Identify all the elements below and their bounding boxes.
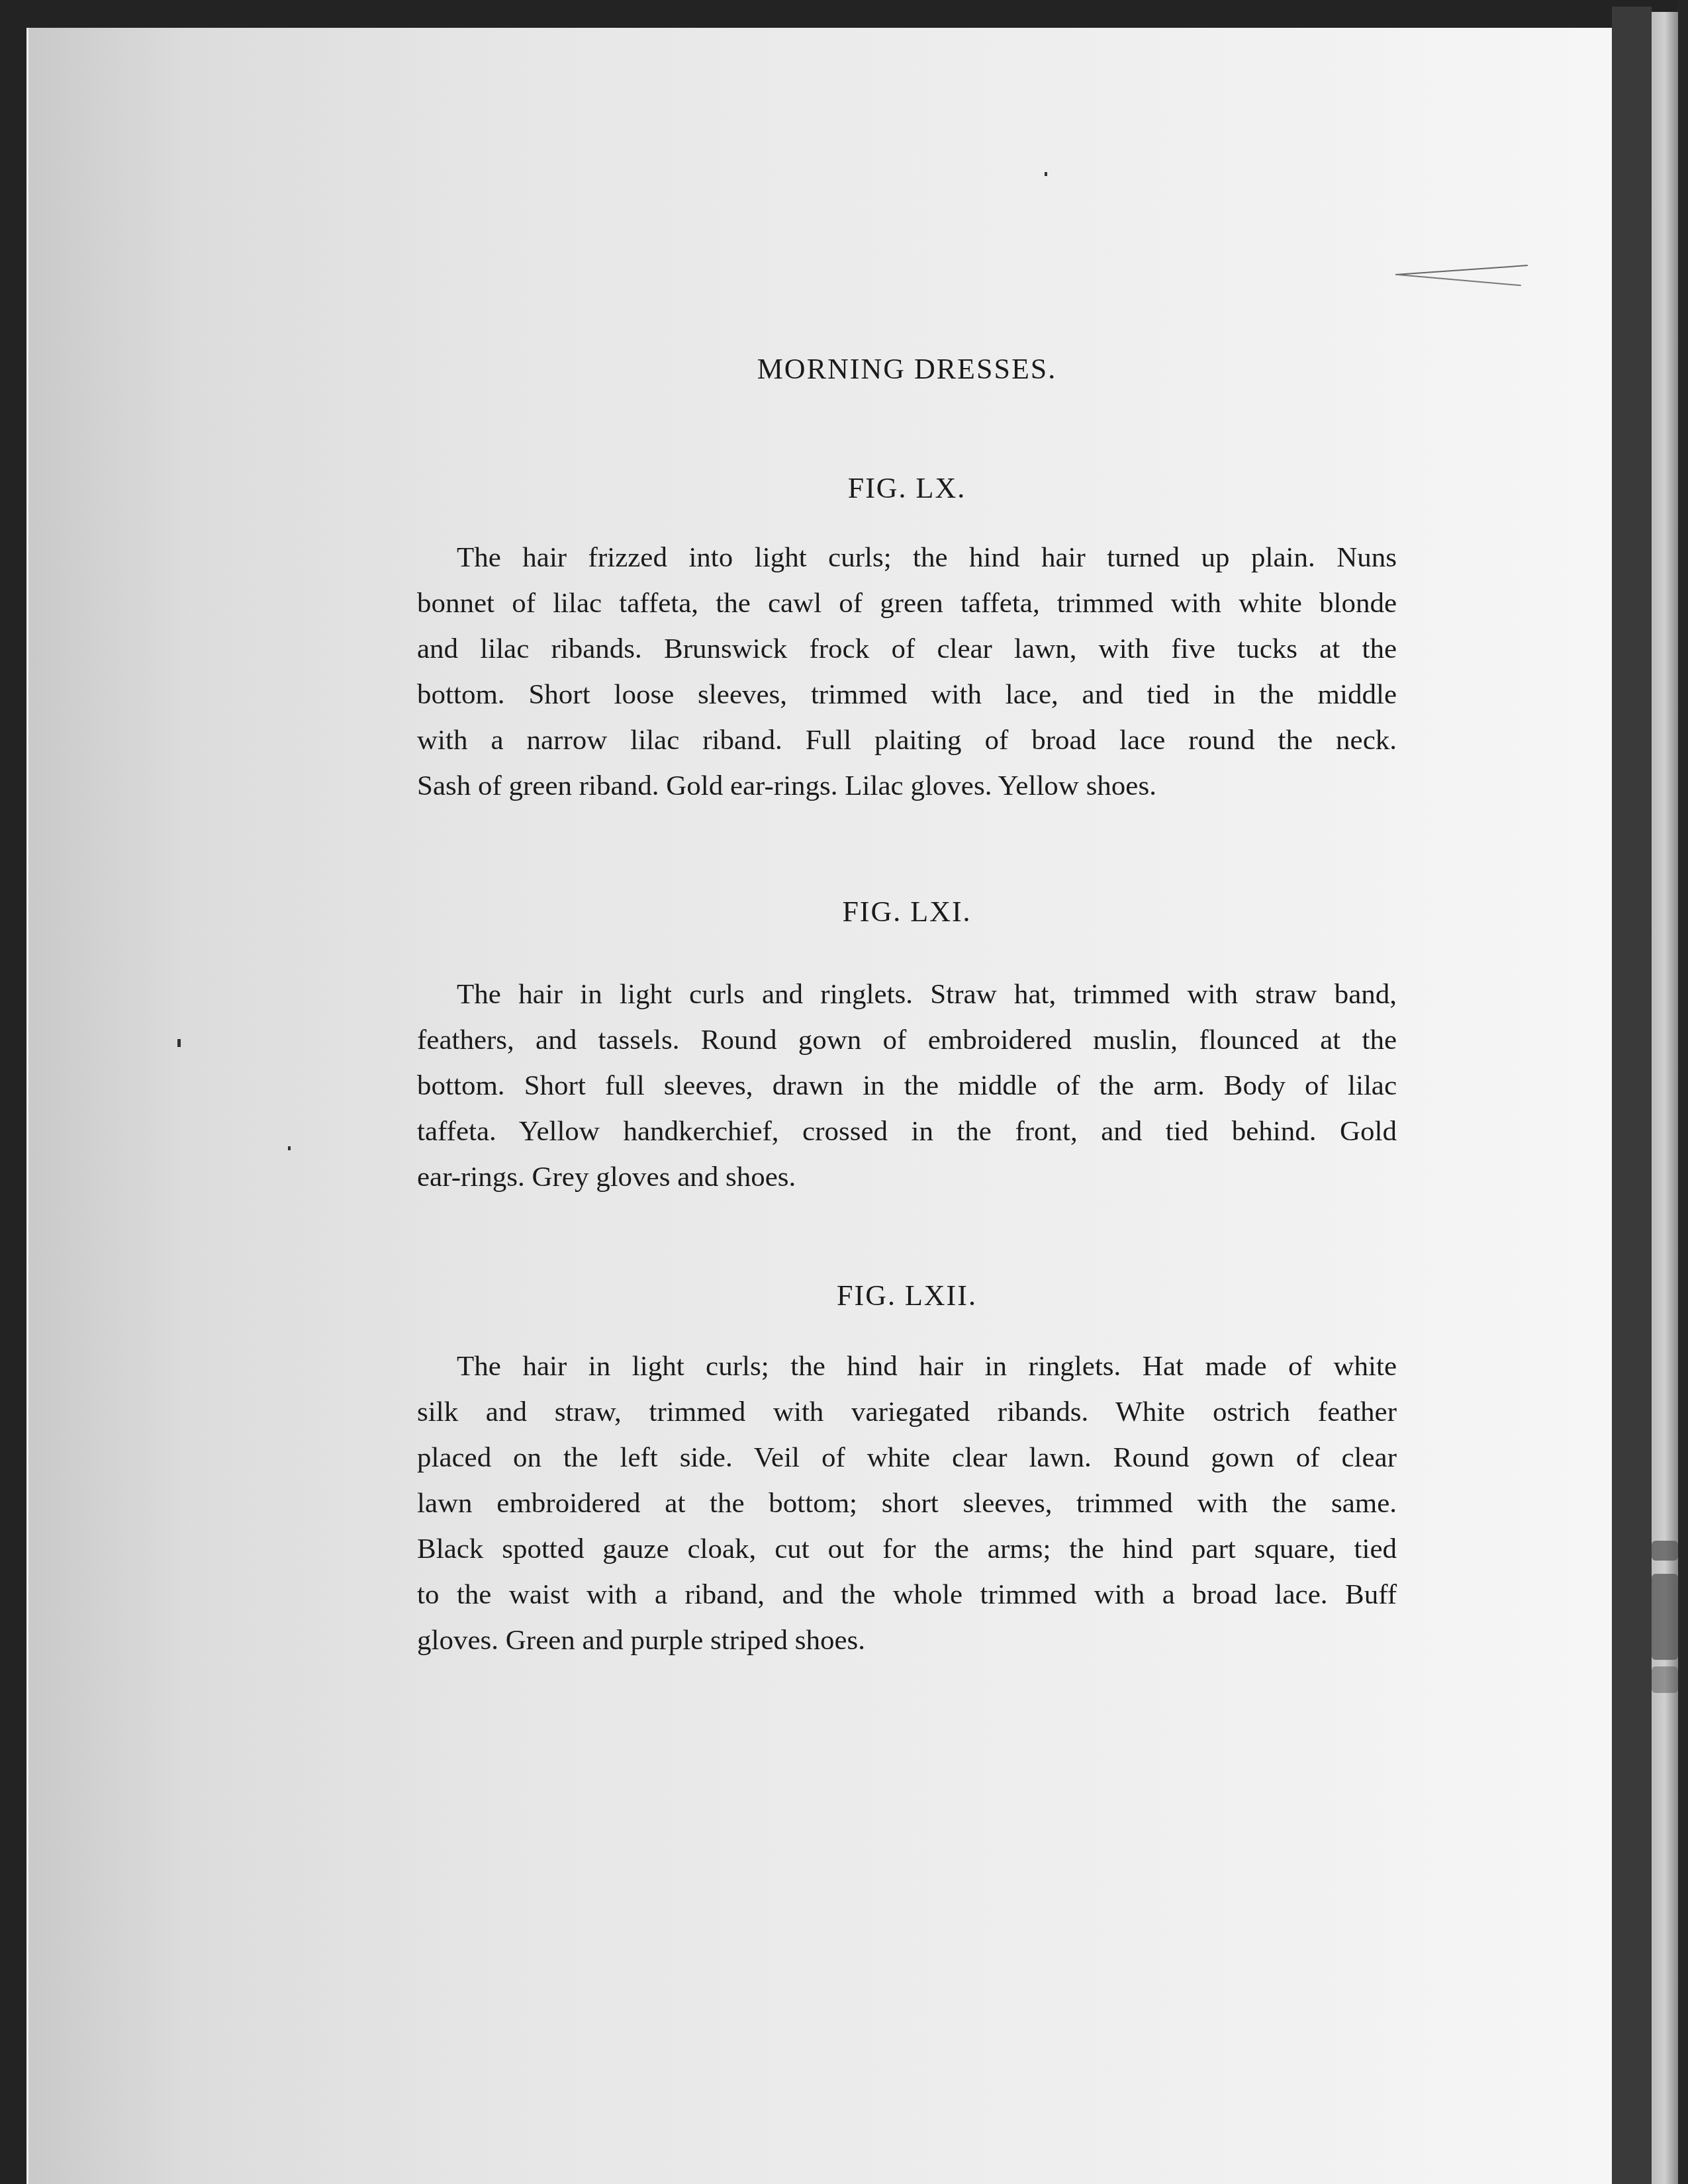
text-line: Sash of green riband. Gold ear-rings. Li… <box>417 763 1397 809</box>
text-line: bonnet of lilac taffeta, the cawl of gre… <box>417 580 1397 626</box>
page-title: MORNING DRESSES. <box>417 352 1397 386</box>
dust-speck <box>1395 265 1528 275</box>
dust-speck <box>288 1146 291 1150</box>
text-line: The hair in light curls and ringlets. St… <box>417 972 1397 1017</box>
text-line: Black spotted gauze cloak, cut out for t… <box>417 1526 1397 1572</box>
fig-lxii-description: The hair in light curls; the hind hair i… <box>417 1343 1397 1663</box>
fig-lx-description: The hair frizzed into light curls; the h… <box>417 535 1397 809</box>
text-line: feathers, and tassels. Round gown of emb… <box>417 1017 1397 1063</box>
adjacent-page-edge <box>1652 12 1678 2184</box>
dust-speck <box>177 1039 181 1047</box>
text-line: taffeta. Yellow handkerchief, crossed in… <box>417 1109 1397 1154</box>
text-line: to the waist with a riband, and the whol… <box>417 1572 1397 1617</box>
fig-heading-lx: FIG. LX. <box>417 471 1397 505</box>
dust-speck <box>1045 172 1047 176</box>
text-line: The hair frizzed into light curls; the h… <box>417 535 1397 580</box>
dust-speck <box>1395 274 1521 287</box>
fig-lxi-description: The hair in light curls and ringlets. St… <box>417 972 1397 1200</box>
text-line: The hair in light curls; the hind hair i… <box>417 1343 1397 1389</box>
page-edge-smudge <box>1652 1574 1678 1660</box>
fig-heading-lxi: FIG. LXI. <box>417 895 1397 929</box>
page-edge-smudge <box>1652 1541 1678 1561</box>
text-line: lawn embroidered at the bottom; short sl… <box>417 1480 1397 1526</box>
text-line: gloves. Green and purple striped shoes. <box>417 1617 1397 1663</box>
text-line: ear-rings. Grey gloves and shoes. <box>417 1154 1397 1200</box>
scanner-border-right <box>1678 0 1688 2184</box>
fig-heading-lxii: FIG. LXII. <box>417 1279 1397 1312</box>
text-line: bottom. Short loose sleeves, trimmed wit… <box>417 672 1397 717</box>
text-line: placed on the left side. Veil of white c… <box>417 1435 1397 1480</box>
text-line: and lilac ribands. Brunswick frock of cl… <box>417 626 1397 672</box>
scanned-page-image: MORNING DRESSES. FIG. LX. The hair frizz… <box>0 0 1688 2184</box>
text-line: with a narrow lilac riband. Full plaitin… <box>417 717 1397 763</box>
page-edge-smudge <box>1652 1666 1678 1693</box>
text-line: bottom. Short full sleeves, drawn in the… <box>417 1063 1397 1109</box>
text-line: silk and straw, trimmed with variegated … <box>417 1389 1397 1435</box>
book-gutter-shadow <box>1612 7 1652 2184</box>
